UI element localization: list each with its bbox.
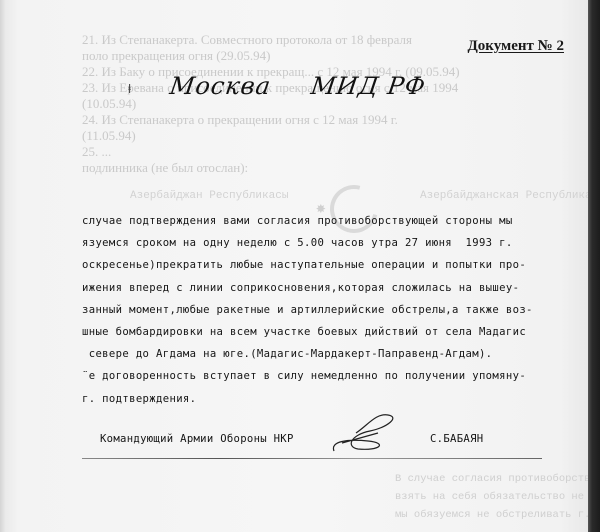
book-binding-edge — [588, 0, 600, 532]
signatory-title: Командующий Армии Обороны НКР — [100, 433, 294, 445]
ghost-header-left: Азербайджан Республикасы — [130, 188, 288, 204]
handwritten-address: МоскваМИД РФ — [168, 72, 428, 100]
body-line: шные бомбардировки на всем участке боевы… — [82, 321, 582, 343]
handwritten-city: Москва — [168, 72, 273, 100]
ghost-header-right: Азербайджанская Республика — [420, 188, 592, 204]
body-line: язуемся сроком на одну неделю с 5.00 час… — [82, 232, 582, 254]
ghost-line: 24. Из Степанакерта о прекращении огня с… — [82, 112, 460, 128]
signature-block: Командующий Армии Обороны НКР С.БАБАЯН — [100, 433, 550, 457]
signatory-name: С.БАБАЯН — [430, 433, 483, 445]
ghost-line: 25. ... — [82, 144, 460, 160]
document-body: случае подтверждения вами согласия проти… — [82, 210, 582, 410]
body-line: занный момент,любые ракетные и артиллери… — [82, 299, 582, 321]
ghost-line: подлинника (не был отослан): — [82, 160, 460, 176]
ink-mark-icon: ⱡ — [126, 82, 133, 97]
signature-underline — [82, 458, 542, 459]
body-line: ¨е договоренность вступает в силу немедл… — [82, 365, 582, 387]
bleed-through-text: 21. Из Степанакерта. Совместного протоко… — [82, 32, 460, 176]
page-left-edge — [0, 0, 6, 532]
body-line: ижения вперед с линии соприкосновения,ко… — [82, 277, 582, 299]
body-line: севере до Агдама на юге.(Мадагис-Мардаке… — [82, 343, 582, 365]
ghost-line: поло прекращения огня (29.05.94) — [82, 48, 460, 64]
handwritten-ministry: МИД РФ — [309, 72, 428, 100]
ghost-line: (11.05.94) — [82, 128, 460, 144]
handwritten-signature-icon — [328, 411, 408, 455]
body-line: г. подтверждения. — [82, 388, 582, 410]
body-line: случае подтверждения вами согласия проти… — [82, 210, 582, 232]
body-line: оскресенье)прекратить любые наступательн… — [82, 254, 582, 276]
bleed-through-bottom-text: В случае согласия противоборствующей сто… — [395, 470, 600, 524]
document-page: 21. Из Степанакерта. Совместного протоко… — [0, 0, 588, 532]
document-number-heading: Документ № 2 — [467, 38, 564, 55]
ghost-line: 21. Из Степанакерта. Совместного протоко… — [82, 32, 460, 48]
